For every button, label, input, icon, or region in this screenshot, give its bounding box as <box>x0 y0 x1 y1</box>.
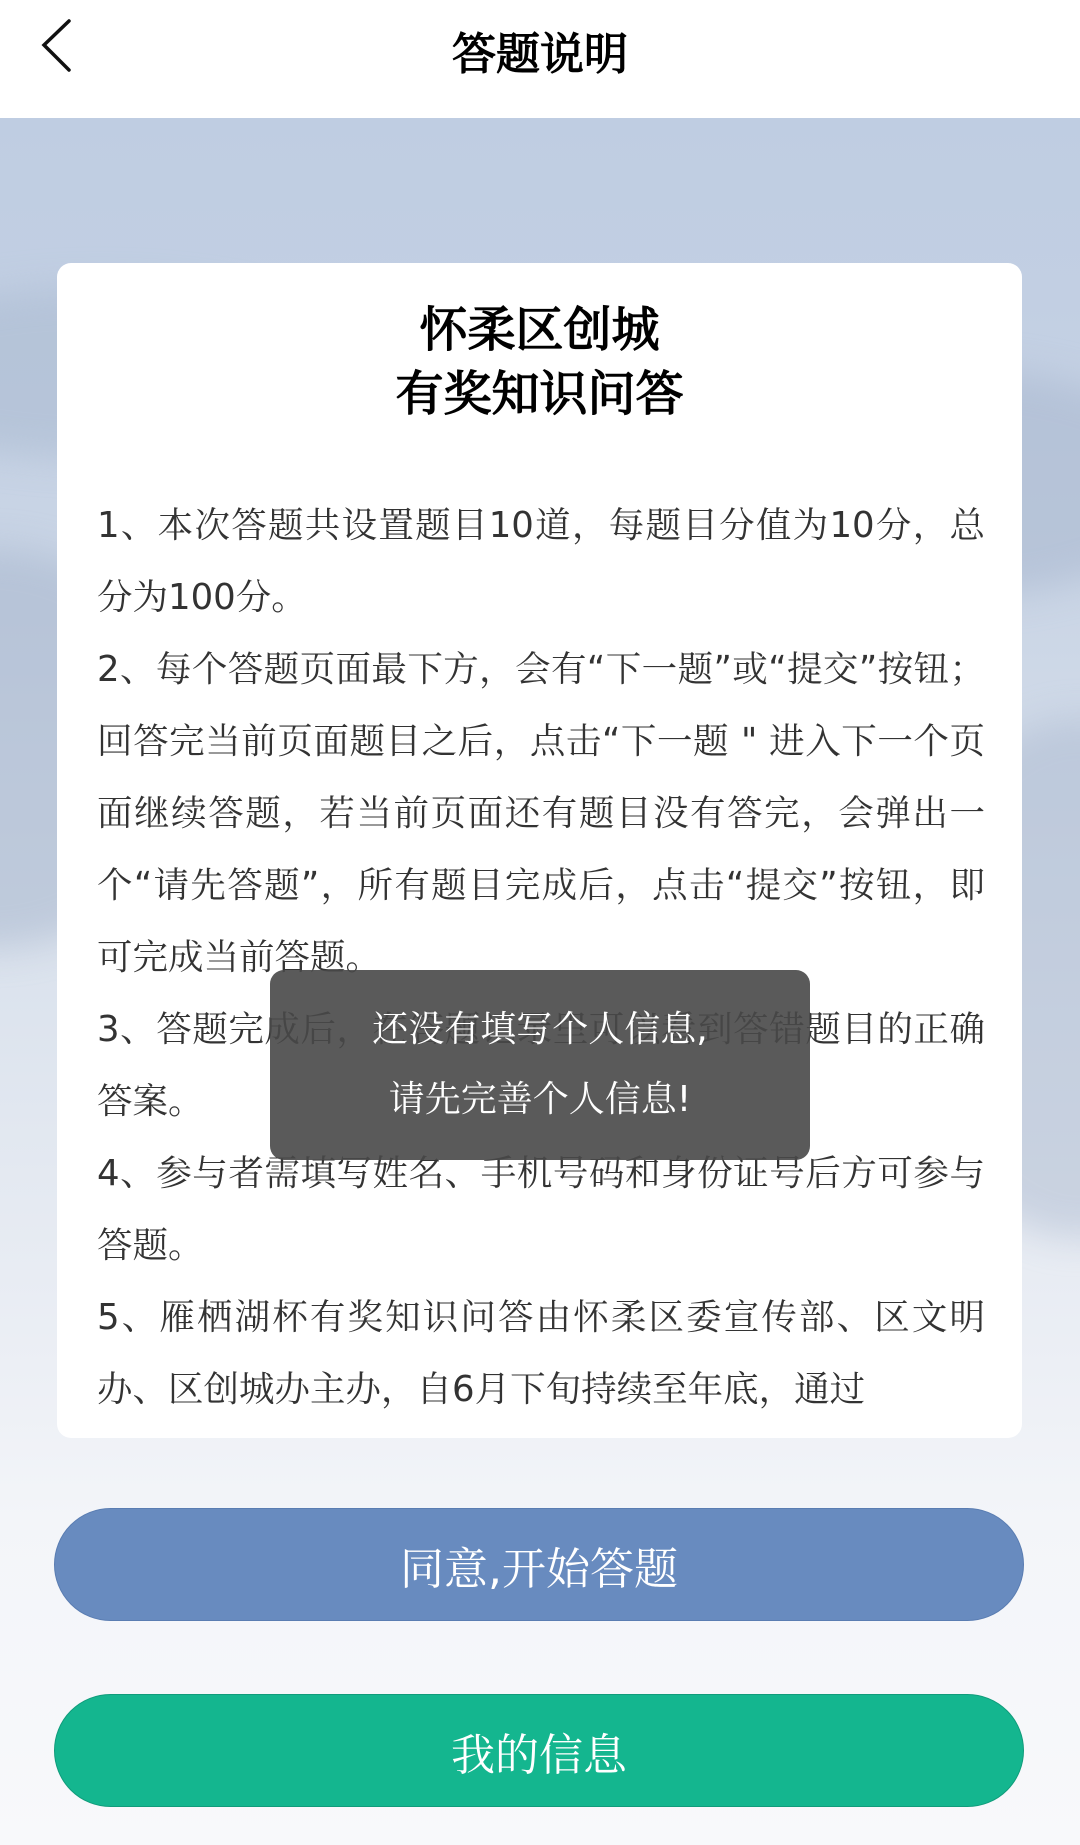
page-title: 答题说明 <box>0 28 1080 82</box>
quiz-title-line2: 有奖知识问答 <box>57 362 1022 426</box>
instructions-card[interactable]: 怀柔区创城 有奖知识问答 1、本次答题共设置题目10道，每题目分值为10分，总分… <box>57 263 1022 1438</box>
agree-start-button[interactable]: 同意,开始答题 <box>54 1508 1024 1621</box>
quiz-title-line1: 怀柔区创城 <box>57 298 1022 362</box>
toast-line2: 请先完善个人信息! <box>389 1065 691 1135</box>
quiz-title: 怀柔区创城 有奖知识问答 <box>57 298 1022 426</box>
rules-scroll-area[interactable]: 1、本次答题共设置题目10道，每题目分值为10分，总分为100分。 2、每个答题… <box>97 490 985 1438</box>
my-info-button[interactable]: 我的信息 <box>54 1694 1024 1807</box>
rule-item-1: 1、本次答题共设置题目10道，每题目分值为10分，总分为100分。 <box>97 490 985 634</box>
rule-item-2: 2、每个答题页面最下方，会有“下一题”或“提交”按钮；回答完当前页面题目之后，点… <box>97 634 985 994</box>
rule-item-5: 5、雁栖湖杯有奖知识问答由怀柔区委宣传部、区文明办、区创城办主办，自6月下旬持续… <box>97 1282 985 1426</box>
app-header: 答题说明 <box>0 0 1080 118</box>
toast-line1: 还没有填写个人信息, <box>372 995 707 1065</box>
toast-message: 还没有填写个人信息, 请先完善个人信息! <box>270 970 810 1160</box>
